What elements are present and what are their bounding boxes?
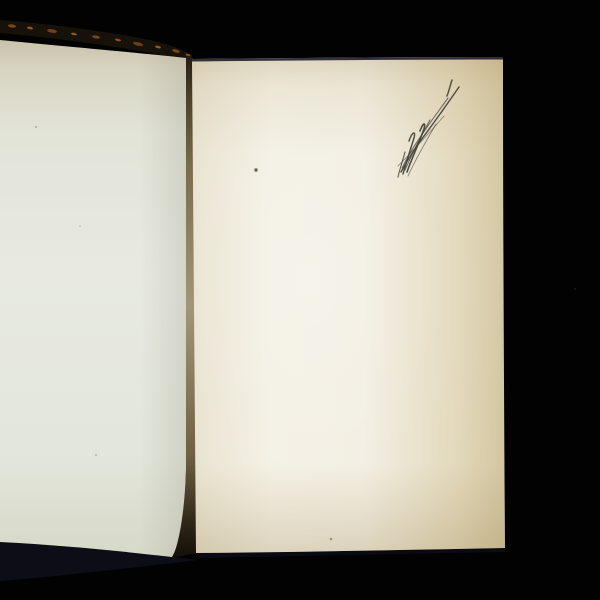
paper-speck	[574, 288, 576, 290]
paper-speck	[35, 126, 37, 128]
paper-speck	[95, 454, 97, 456]
right-page-highlight	[192, 57, 505, 553]
left-page	[0, 40, 186, 557]
right-page	[192, 57, 505, 553]
left-page-gutter-shading	[0, 40, 186, 557]
paper-speck	[79, 225, 81, 227]
photo-open-book	[0, 0, 600, 600]
paper-speck	[254, 168, 257, 171]
book-photo-svg	[0, 0, 600, 600]
paper-speck	[330, 538, 333, 541]
